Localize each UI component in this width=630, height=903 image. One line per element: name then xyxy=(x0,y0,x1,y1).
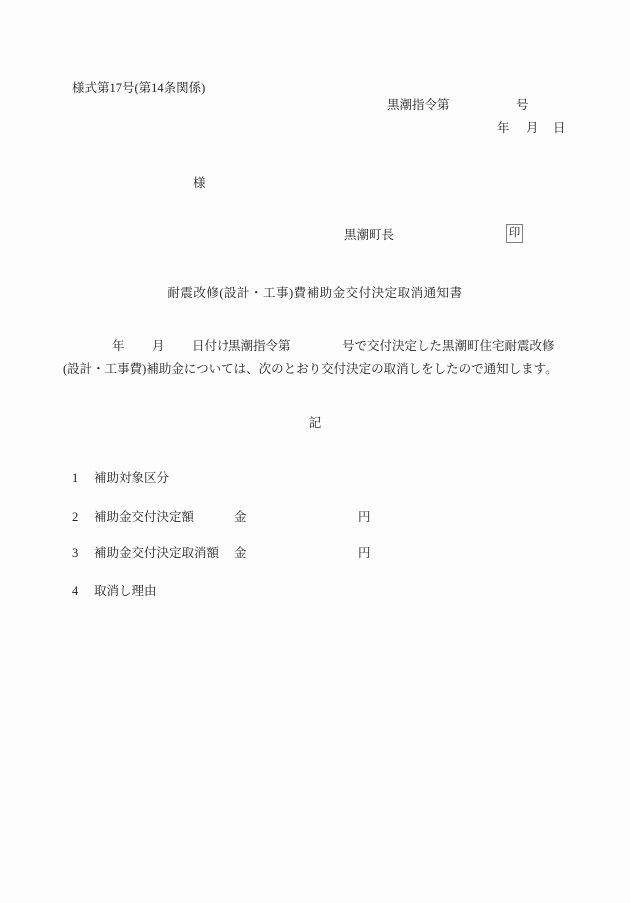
item-label: 補助対象区分 xyxy=(94,471,169,485)
body-ref-prefix: 黒潮指令第 xyxy=(228,339,291,353)
record-marker: 記 xyxy=(0,416,630,430)
item-amount-prefix: 金 xyxy=(234,510,247,524)
body-line1-rest: 号で交付決定した黒潮町住宅耐震改修 xyxy=(342,339,555,353)
item-number: 3 xyxy=(72,546,78,560)
item-number: 1 xyxy=(72,471,78,485)
document-title: 耐震改修(設計・工事)費補助金交付決定取消通知書 xyxy=(0,286,630,300)
date-year-label: 年 xyxy=(497,121,510,135)
item-label: 補助金交付決定額 xyxy=(94,510,194,524)
body-line2: (設計・工事費)補助金については、次のとおり交付決定の取消しをしたので通知します… xyxy=(63,362,558,376)
body-day-label: 日付け xyxy=(192,339,230,353)
item-amount-suffix: 円 xyxy=(358,510,371,524)
form-number: 様式第17号(第14条関係) xyxy=(72,81,205,95)
date-month-label: 月 xyxy=(526,121,539,135)
issuer-title: 黒潮町長 xyxy=(344,228,394,242)
document-page: 様式第17号(第14条関係) 黒潮指令第 号 年 月 日 様 黒潮町長 印 耐震… xyxy=(0,0,630,903)
item-amount-prefix: 金 xyxy=(234,546,247,560)
item-amount-suffix: 円 xyxy=(358,546,371,560)
body-year-label: 年 xyxy=(112,339,125,353)
item-label: 取消し理由 xyxy=(94,584,157,598)
date-day-label: 日 xyxy=(553,121,566,135)
item-number: 2 xyxy=(72,510,78,524)
ref-number-prefix: 黒潮指令第 xyxy=(387,98,450,112)
ref-number-suffix: 号 xyxy=(516,98,529,112)
seal-mark: 印 xyxy=(506,224,523,243)
item-number: 4 xyxy=(72,584,78,598)
item-label: 補助金交付決定取消額 xyxy=(94,546,219,560)
addressee-honorific: 様 xyxy=(193,176,206,190)
body-month-label: 月 xyxy=(152,339,165,353)
